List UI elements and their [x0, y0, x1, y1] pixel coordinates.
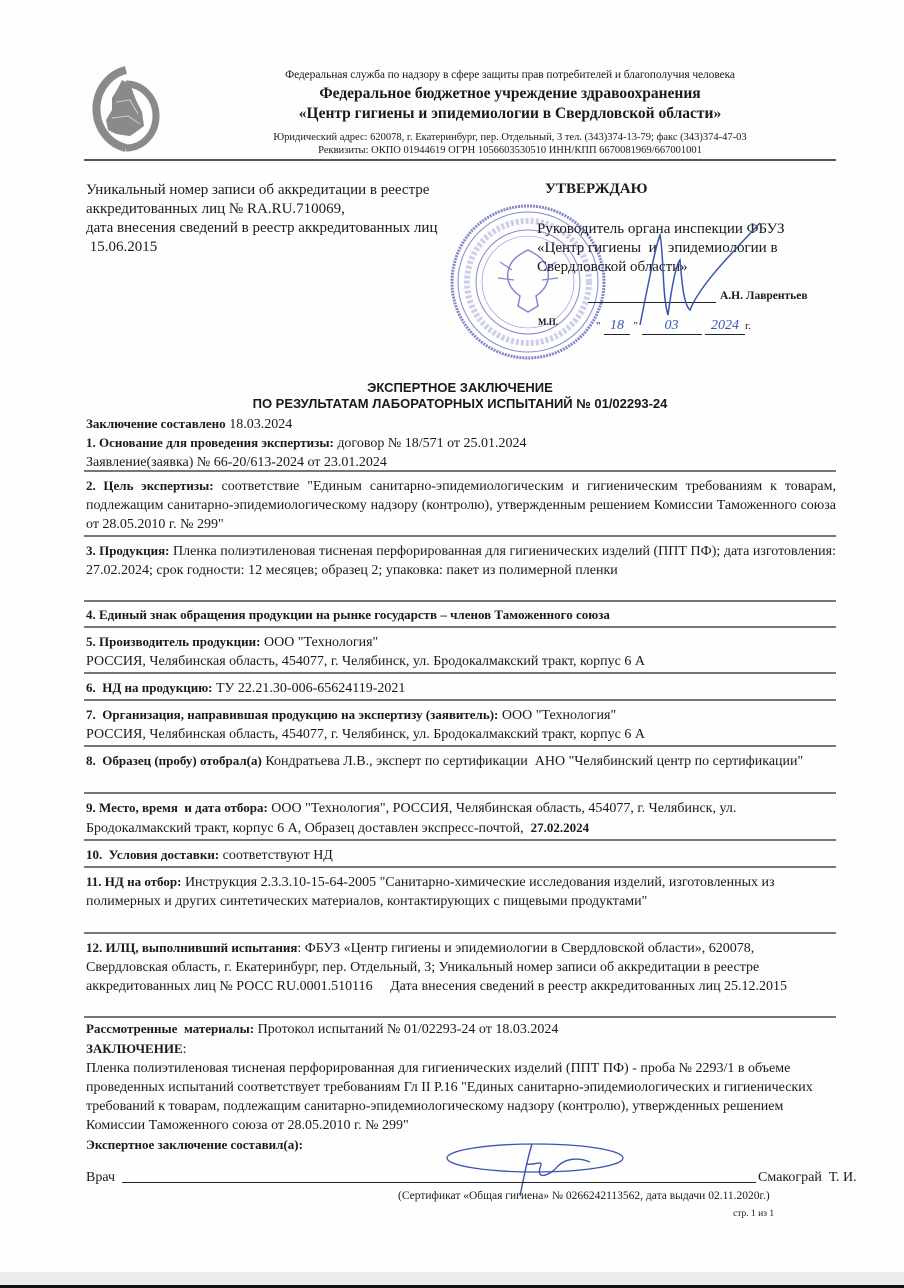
- conclusion-text: Пленка полиэтиленовая тисненая перфориро…: [86, 1059, 836, 1135]
- divider: [84, 792, 836, 794]
- section-2: 2. Цель экспертизы: соответствие "Единым…: [86, 476, 836, 534]
- document-page: Федеральная служба по надзору в сфере за…: [0, 0, 904, 1272]
- divider: [84, 839, 836, 841]
- requisites: Реквизиты: ОКПО 01944619 ОГРН 1056603530…: [180, 145, 840, 156]
- section-10: 10. Условия доставки: соответствуют НД: [86, 845, 836, 865]
- expert-line: Врач: [86, 1168, 836, 1187]
- section-1: 1. Основание для проведения экспертизы: …: [86, 433, 836, 472]
- section-7: 7. Организация, направившая продукцию на…: [86, 705, 836, 744]
- conclusion-colon: :: [183, 1042, 187, 1057]
- legal-address: Юридический адрес: 620078, г. Екатеринбу…: [180, 132, 840, 143]
- section-text: Пленка полиэтиленовая тисненая перфориро…: [86, 544, 836, 578]
- section-label: 10. Условия доставки:: [86, 847, 219, 862]
- compiled-label: Заключение составлено: [86, 416, 226, 431]
- section-text: Инструкция 2.3.3.10-15-64-2005 "Санитарн…: [86, 875, 775, 909]
- page-number-wrap: стр. 1 из 1: [733, 1205, 813, 1224]
- director-signature-icon: [620, 215, 770, 335]
- section-text: Кондратьева Л.В., эксперт по сертификаци…: [262, 754, 803, 769]
- divider: [84, 600, 836, 602]
- compiled-date: 18.03.2024: [226, 417, 293, 432]
- stamp-label: М.П.: [538, 317, 558, 327]
- sampling-date: 27.02.2024: [531, 820, 590, 835]
- section-extra: РОССИЯ, Челябинская область, 454077, г. …: [86, 652, 836, 671]
- page-number: стр. 1 из 1: [733, 1209, 774, 1219]
- divider: [84, 672, 836, 674]
- expert-role: Врач: [86, 1170, 115, 1185]
- expert-certificate: (Сертификат «Общая гигиена» № 0266242113…: [398, 1190, 770, 1202]
- institution-name-line2: «Центр гигиены и эпидемиологии в Свердло…: [180, 105, 840, 123]
- divider: [84, 535, 836, 537]
- section-11: 11. НД на отбор: Инструкция 2.3.3.10-15-…: [86, 872, 836, 911]
- section-text: ООО "Технология": [260, 635, 378, 650]
- section-9: 9. Место, время и дата отбора: ООО "Техн…: [86, 798, 836, 838]
- section-text: ТУ 22.21.30-006-65624119-2021: [212, 681, 405, 696]
- section-label: 11. НД на отбор:: [86, 874, 181, 889]
- divider: [84, 932, 836, 934]
- section-3: 3. Продукция: Пленка полиэтиленовая тисн…: [86, 541, 836, 580]
- expert-name-wrap: Смакограй Т. И.: [758, 1168, 878, 1187]
- section-label: 7. Организация, направившая продукцию на…: [86, 707, 498, 722]
- section-label: 2. Цель экспертизы:: [86, 478, 214, 493]
- viewer-bottom-strip: [0, 1272, 904, 1285]
- expert-name: Смакограй Т. И.: [758, 1170, 857, 1185]
- section-label: 1. Основание для проведения экспертизы:: [86, 435, 334, 450]
- section-6: 6. НД на продукцию: ТУ 22.21.30-006-6562…: [86, 678, 836, 698]
- section-label: 5. Производитель продукции:: [86, 634, 260, 649]
- agency-name: Федеральная служба по надзору в сфере за…: [180, 69, 840, 81]
- divider: [84, 699, 836, 701]
- section-label: 12. ИЛЦ, выполнивший испытания: [86, 940, 297, 955]
- section-label: 9. Место, время и дата отбора:: [86, 800, 268, 815]
- section-text: ООО "Технология": [498, 708, 616, 723]
- divider: [84, 470, 836, 472]
- divider: [84, 866, 836, 868]
- section-extra: РОССИЯ, Челябинская область, 454077, г. …: [86, 725, 836, 744]
- institution-name-line1: Федеральное бюджетное учреждение здравоо…: [180, 85, 840, 103]
- section-text: соответствуют НД: [219, 848, 333, 863]
- section-5: 5. Производитель продукции: ООО "Техноло…: [86, 632, 836, 671]
- materials-text: Протокол испытаний № 01/02293-24 от 18.0…: [254, 1022, 558, 1037]
- letterhead-divider: [84, 159, 836, 161]
- section-text: договор № 18/571 от 25.01.2024: [334, 436, 527, 451]
- accreditation-number: аккредитованных лиц № RA.RU.710069,: [86, 200, 506, 219]
- section-label: 6. НД на продукцию:: [86, 680, 212, 695]
- materials-label: Рассмотренные материалы:: [86, 1021, 254, 1036]
- section-label: 3. Продукция:: [86, 543, 169, 558]
- certificate-wrap: (Сертификат «Общая гигиена» № 0266242113…: [398, 1187, 858, 1206]
- accreditation-block: Уникальный номер записи об аккредитации …: [86, 181, 506, 257]
- conclusion-block: Рассмотренные материалы: Протокол испыта…: [86, 1019, 836, 1155]
- accreditation-line: Уникальный номер записи об аккредитации …: [86, 181, 506, 200]
- document-subtitle: ПО РЕЗУЛЬТАТАМ ЛАБОРАТОРНЫХ ИСПЫТАНИЙ № …: [84, 396, 836, 411]
- document-title: ЭКСПЕРТНОЕ ЗАКЛЮЧЕНИЕ: [84, 380, 836, 395]
- conclusion-heading: ЗАКЛЮЧЕНИЕ: [86, 1041, 183, 1056]
- expert-signature-line: [122, 1182, 756, 1183]
- accreditation-line: дата внесения сведений в реестр аккредит…: [86, 219, 506, 238]
- compiled-by-label: Экспертное заключение составил(а):: [86, 1137, 303, 1152]
- approval-heading: УТВЕРЖДАЮ: [545, 181, 648, 198]
- section-12: 12. ИЛЦ, выполнивший испытания: ФБУЗ «Це…: [86, 938, 836, 996]
- section-4: 4. Единый знак обращения продукции на ры…: [86, 605, 836, 625]
- accreditation-date: 15.06.2015: [86, 238, 506, 257]
- section-8: 8. Образец (пробу) отобрал(а) Кондратьев…: [86, 751, 836, 771]
- divider: [84, 626, 836, 628]
- divider: [84, 745, 836, 747]
- section-label: 8. Образец (пробу) отобрал(а): [86, 753, 262, 768]
- divider: [84, 1016, 836, 1018]
- section-label: 4. Единый знак обращения продукции на ры…: [86, 607, 610, 622]
- institution-logo-icon: [86, 66, 166, 152]
- compiled-date-line: Заключение составлено 18.03.2024: [86, 414, 836, 434]
